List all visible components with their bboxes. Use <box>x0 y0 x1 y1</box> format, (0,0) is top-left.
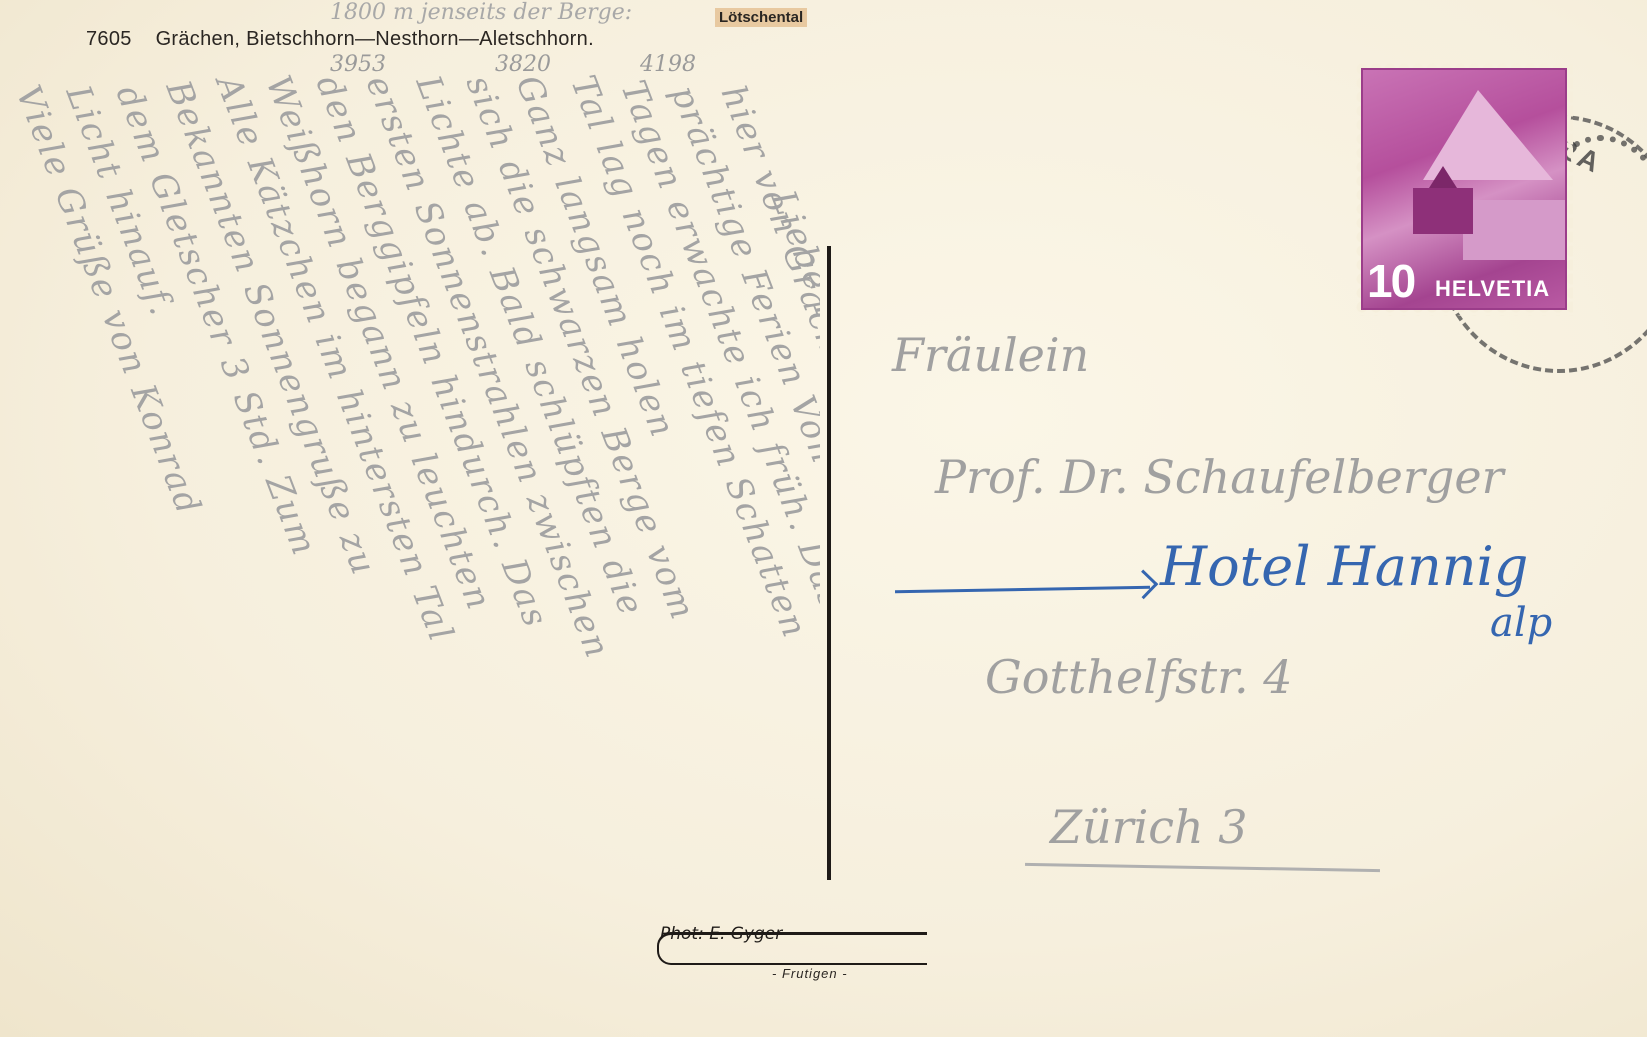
stamp-image: 10 HELVETIA <box>1361 68 1567 310</box>
city-underline <box>1025 863 1380 872</box>
postcard-caption: 7605 Grächen, Bietschhorn—Nesthorn—Alets… <box>86 28 594 51</box>
address-street: Gotthelfstr. 4 <box>985 650 1293 704</box>
address-city: Zürich 3 <box>1050 800 1248 854</box>
caption-number: 7605 <box>86 28 132 50</box>
lake-icon <box>1463 200 1565 260</box>
address-redirect-suffix: alp <box>1490 600 1552 646</box>
label-tag: Lötschental <box>715 8 807 27</box>
castle-icon <box>1413 188 1473 234</box>
address-name: Prof. Dr. Schaufelberger <box>935 450 1504 504</box>
caption-title: Grächen, Bietschhorn—Nesthorn—Aletschhor… <box>156 28 594 50</box>
photo-credit: Phot: E. Gyger <box>660 924 782 944</box>
stamp-value: 10 <box>1367 258 1414 304</box>
center-divider <box>827 246 831 880</box>
redirect-arrow-icon <box>895 586 1150 593</box>
address-redirect: Hotel Hannig <box>1160 535 1528 598</box>
photo-credit-place: - Frutigen - <box>772 966 848 981</box>
handwritten-message: Liebe Fräulein Dohler, hier von Grächen … <box>0 70 820 1030</box>
stamp-country: HELVETIA <box>1435 276 1550 302</box>
pencil-top-note: 1800 m jenseits der Berge: <box>330 0 632 25</box>
postcard-back: 7605 Grächen, Bietschhorn—Nesthorn—Alets… <box>0 0 1647 1037</box>
address-salutation: Fräulein <box>892 328 1089 382</box>
postage-stamp: 10 HELVETIA <box>1355 62 1573 316</box>
